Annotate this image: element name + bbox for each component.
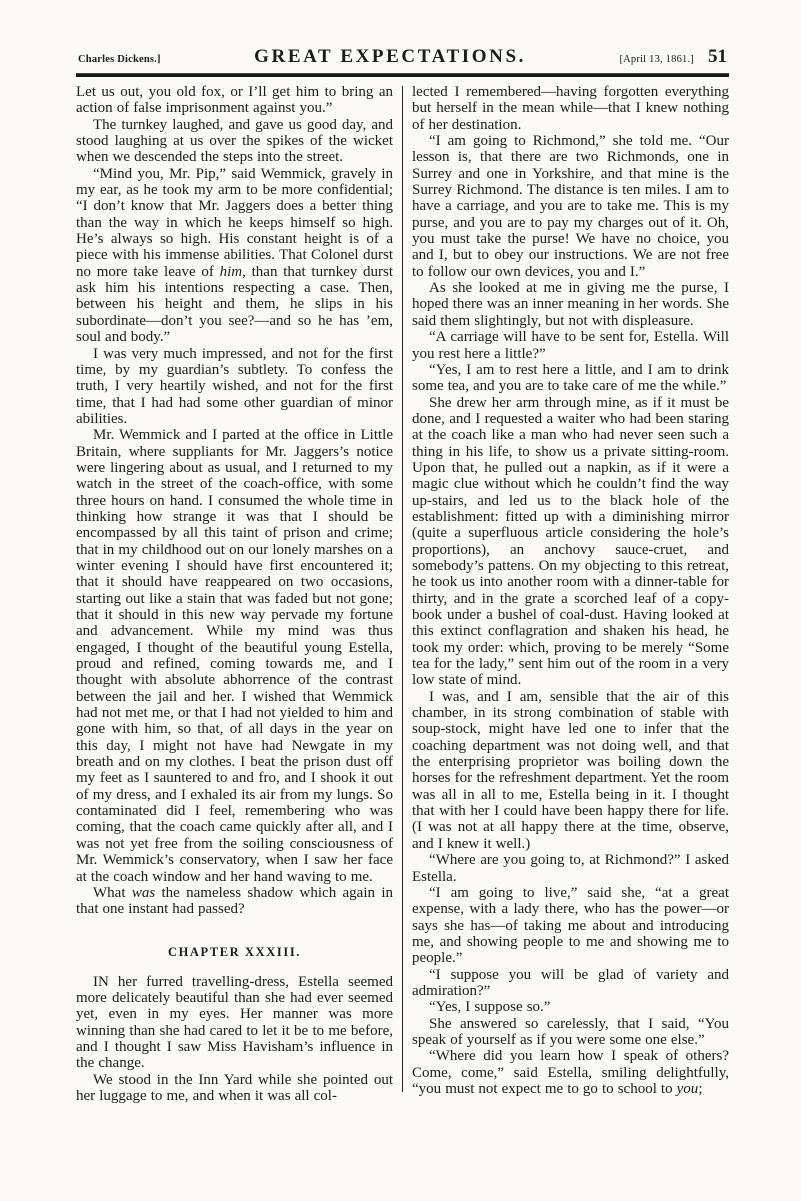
paragraph: “Yes, I suppose so.” xyxy=(412,999,729,1015)
issue-date: [April 13, 1861.] xyxy=(619,54,694,65)
paragraph: “A carriage will have to be sent for, Es… xyxy=(412,329,729,362)
author-running-head: Charles Dickens.] xyxy=(78,54,161,65)
paragraph: “I am going to live,” said she, “at a gr… xyxy=(412,885,729,967)
paragraph: “Where are you going to, at Richmond?” I… xyxy=(412,852,729,885)
left-column: Let us out, you old fox, or I’ll get him… xyxy=(76,84,393,1104)
right-column: lected I remembered—having forgotten eve… xyxy=(412,84,729,1104)
paragraph: lected I remembered—having forgotten eve… xyxy=(412,84,729,133)
paragraph: “I suppose you will be glad of variety a… xyxy=(412,967,729,1000)
paragraph: “Mind you, Mr. Pip,” said Wemmick, grave… xyxy=(76,166,393,346)
running-header: Charles Dickens.] GREAT EXPECTATIONS. [A… xyxy=(76,46,729,73)
header-right-group: [April 13, 1861.] 51 xyxy=(619,46,727,68)
paragraph: As she looked at me in giving me the pur… xyxy=(412,280,729,329)
paragraph: Mr. Wemmick and I parted at the office i… xyxy=(76,427,393,885)
page-number: 51 xyxy=(708,46,727,68)
paragraph: “Yes, I am to rest here a little, and I … xyxy=(412,362,729,395)
paragraph: She drew her arm through mine, as if it … xyxy=(412,395,729,689)
paragraph: “Where did you learn how I speak of othe… xyxy=(412,1048,729,1097)
paragraph: “I am going to Richmond,” she told me. “… xyxy=(412,133,729,280)
header-rule xyxy=(76,73,729,77)
paragraph: We stood in the Inn Yard while she point… xyxy=(76,1072,393,1105)
text-columns: Let us out, you old fox, or I’ll get him… xyxy=(76,84,729,1104)
chapter-heading: CHAPTER XXXIII. xyxy=(76,945,393,960)
paragraph: She answered so carelessly, that I said,… xyxy=(412,1016,729,1049)
scanned-book-page: Charles Dickens.] GREAT EXPECTATIONS. [A… xyxy=(0,0,801,1201)
paragraph: What was the nameless shadow which again… xyxy=(76,885,393,918)
paragraph: I was, and I am, sensible that the air o… xyxy=(412,689,729,852)
paragraph: I was very much impressed, and not for t… xyxy=(76,346,393,428)
column-divider xyxy=(402,86,403,1092)
paragraph: Let us out, you old fox, or I’ll get him… xyxy=(76,84,393,117)
page-title: GREAT EXPECTATIONS. xyxy=(254,46,526,68)
paragraph: IN her furred travelling-dress, Estella … xyxy=(76,974,393,1072)
paragraph: The turnkey laughed, and gave us good da… xyxy=(76,117,393,166)
